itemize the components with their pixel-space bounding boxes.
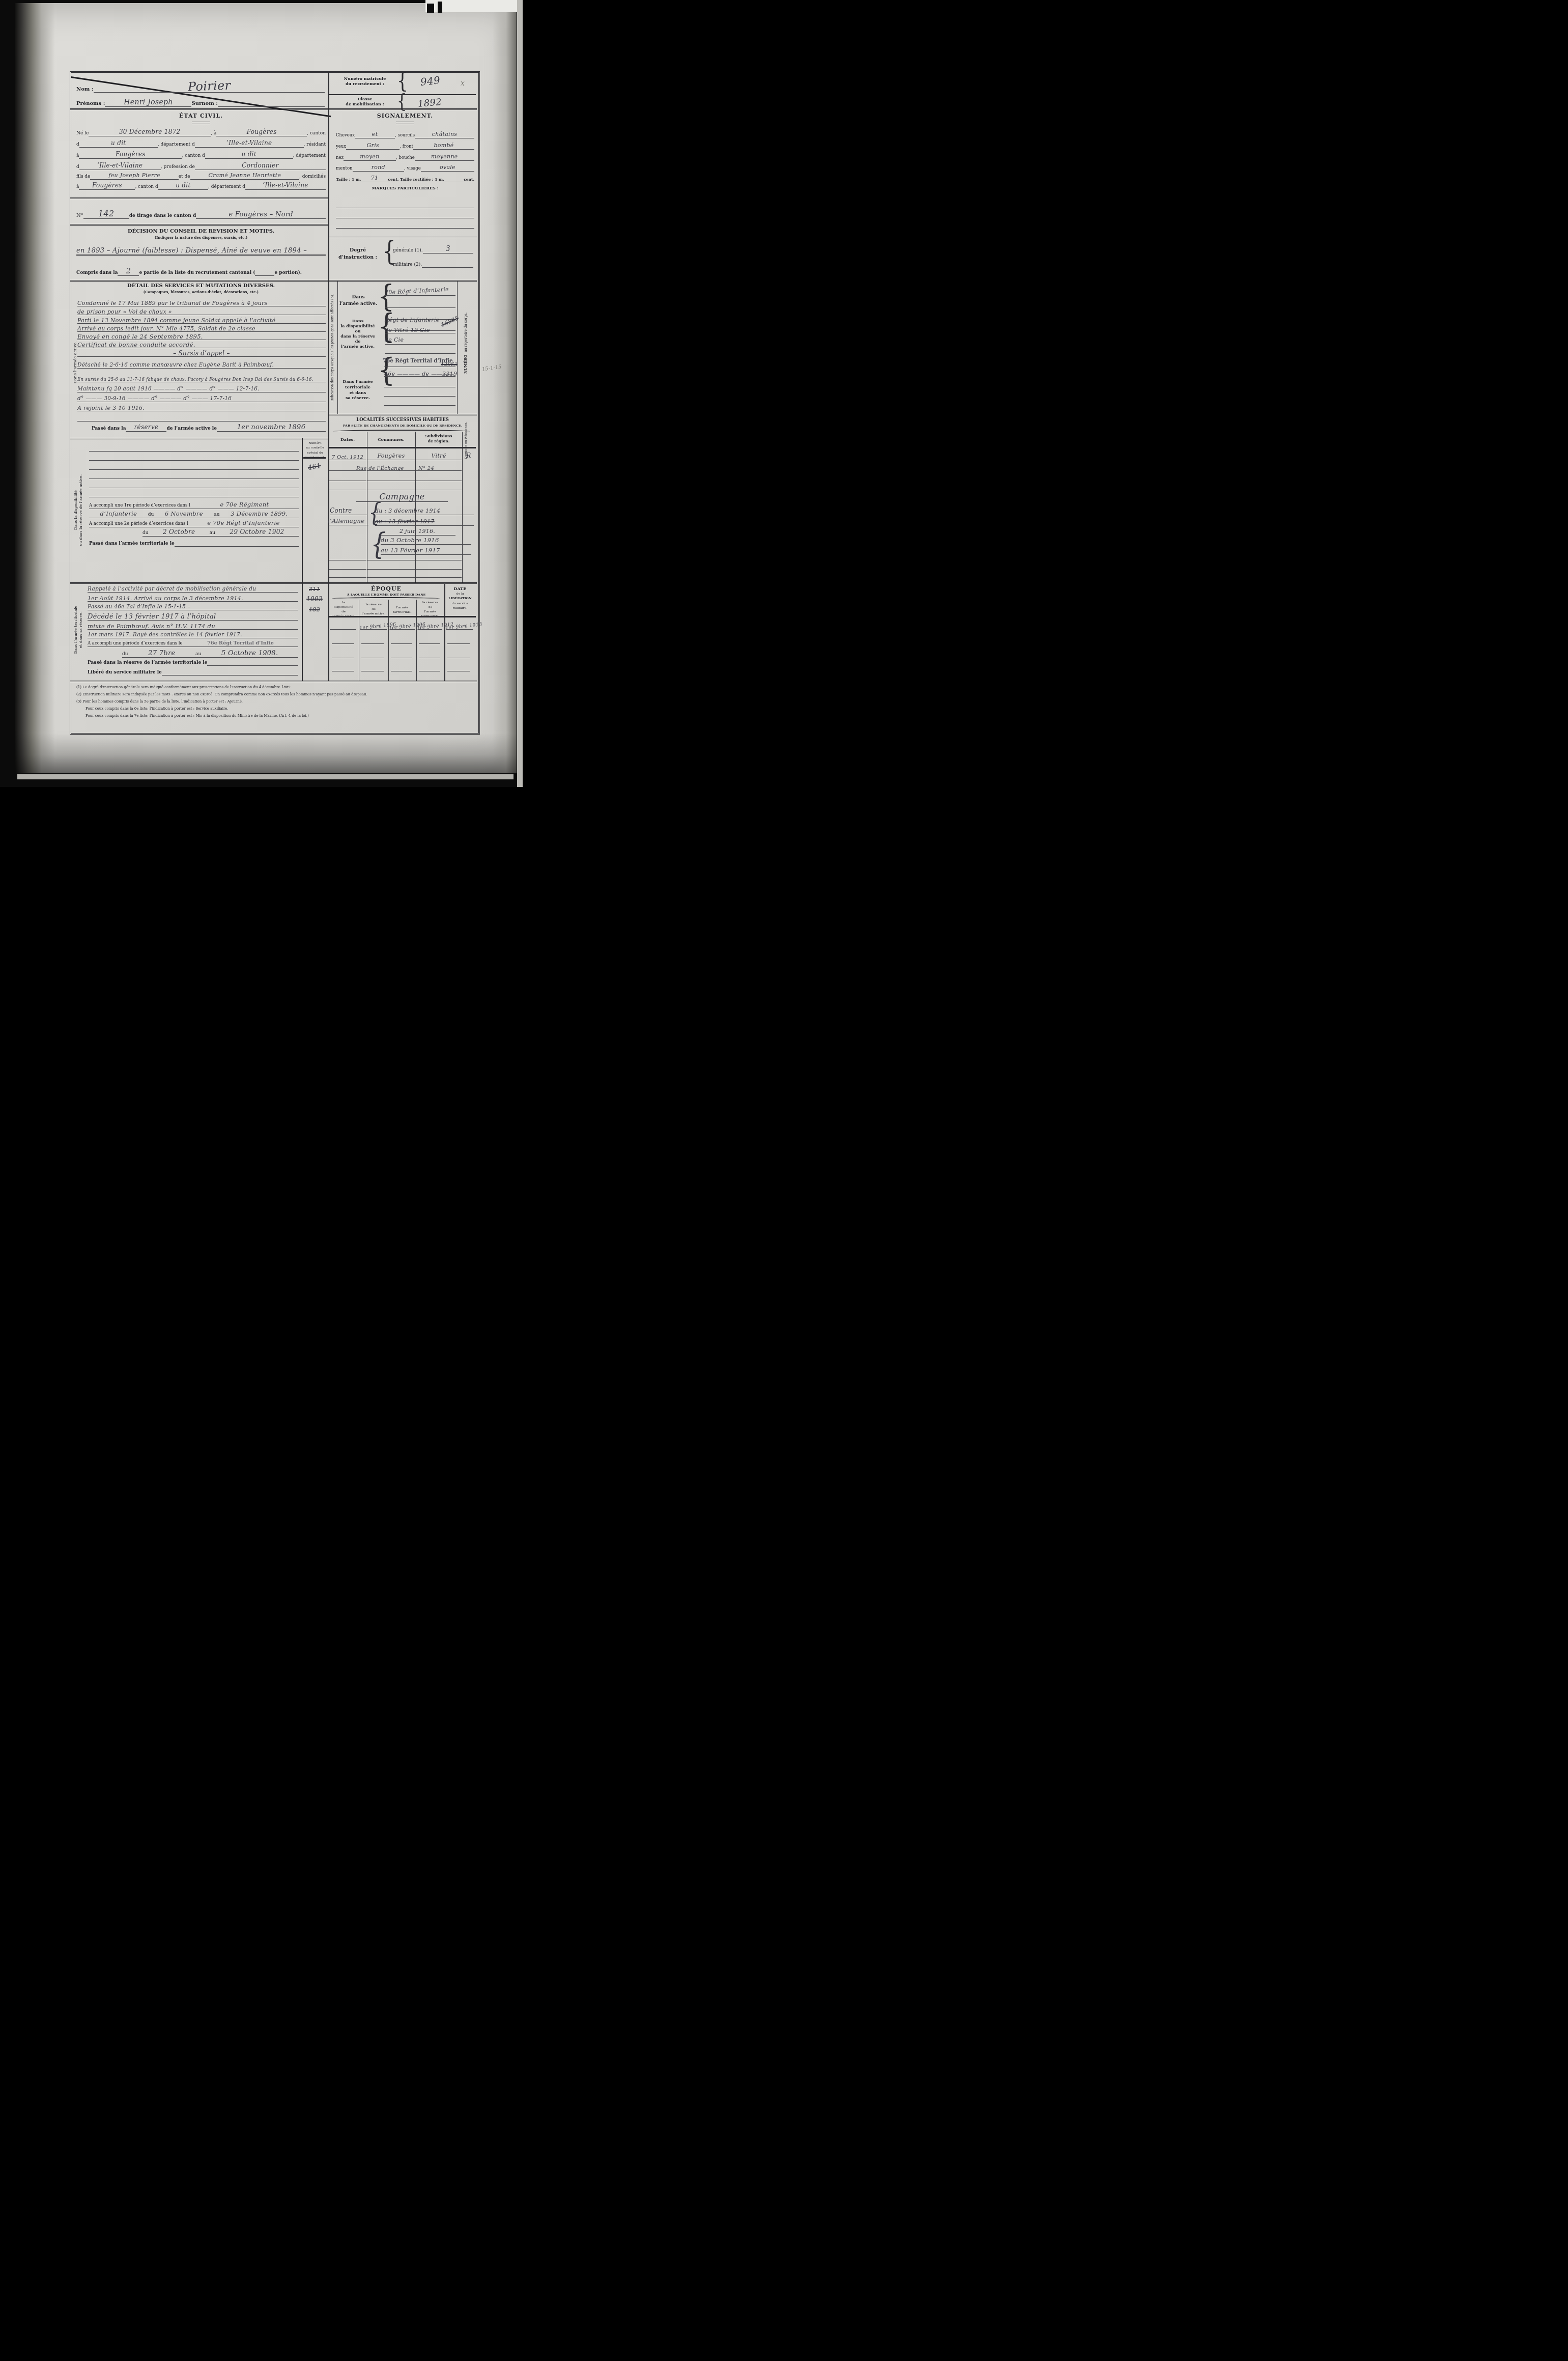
dispo-value-3: 6e Cie — [385, 334, 456, 344]
terr-line: mixte de Paimbœuf. Avis n° H.V. 1174 du — [88, 620, 298, 630]
sig-row-5: Taille : 1 m.71 cent. Taille rectifiée :… — [336, 172, 474, 182]
campagne-juin: 2 juin 1916. — [379, 525, 455, 536]
rule — [70, 198, 329, 199]
blank-line — [89, 488, 299, 488]
col-communes: Communes. — [367, 437, 415, 442]
rule — [367, 470, 415, 471]
terr-margin-n2: 1002 — [304, 594, 325, 603]
blank-line — [447, 658, 470, 658]
service-line: Condamné le 17 Mai 1889 par le tribunal … — [77, 297, 326, 306]
footnote-1: (1) Le degré d’instruction générale sera… — [76, 685, 471, 689]
loc-r1-dr: R — [463, 450, 475, 460]
tirage-row: N° 142 de tirage dans le canton d e Foug… — [76, 206, 326, 219]
blank-line — [336, 228, 474, 229]
services-side-label: Dans l’armée active. — [73, 286, 77, 439]
civil-row-1: Né le30 Décembre 1872 , àFougères , cant… — [76, 126, 326, 136]
blank-line — [385, 307, 455, 308]
footnote-3: (3) Pour les hommes compris dans la 5e p… — [76, 699, 471, 704]
rule — [385, 295, 455, 296]
terr-number: 3319 — [442, 368, 457, 378]
brace-icon: { — [397, 70, 408, 92]
rule — [329, 470, 366, 471]
matricule-label: Numéro matricule du recrutement : — [334, 76, 396, 87]
scan-artifact — [427, 4, 434, 13]
service-line: Parti le 13 Novembre 1894 comme jeune So… — [77, 315, 326, 324]
surnom-value-blank — [218, 106, 325, 107]
degre-militaire-row: militaire (2). — [393, 258, 473, 268]
rule — [328, 616, 476, 617]
civil-row-3: àFougères , canton du dit , département — [76, 148, 326, 159]
epoque-v4: 1er 9bre 1912 — [417, 620, 443, 630]
blank-line — [416, 569, 462, 570]
terr-libere-row: Libéré du service militaire le — [88, 668, 298, 676]
rule — [385, 333, 455, 333]
service-line: Détaché le 2-6-16 comme manœuvre chez Eu… — [77, 359, 326, 369]
decision-text-row: en 1893 – Ajourné (faiblesse) : Dispensé… — [76, 242, 326, 256]
blank-line — [329, 569, 366, 570]
blank-line — [361, 658, 384, 658]
blank-line — [332, 658, 354, 658]
ornament-rule — [332, 597, 440, 600]
epoque-v5: 1er 9bre 1918 — [445, 620, 475, 630]
terr-line: Rappelé à l’activité par décret de mobil… — [88, 583, 298, 593]
compris-row: Compris dans la 2 e partie de la liste d… — [76, 264, 326, 276]
divider — [302, 438, 303, 681]
degre-label: Degré d’instruction : — [333, 247, 382, 262]
blank-line — [391, 658, 412, 658]
blank-line — [89, 479, 299, 479]
rule — [390, 629, 415, 630]
blank-line — [89, 469, 299, 470]
blank-line — [332, 643, 354, 644]
services-subtitle: (Campagnes, blessures, actions d’éclat, … — [76, 290, 326, 294]
blank-line — [447, 671, 470, 671]
rule — [328, 447, 476, 448]
epoque-date-col-header: DATE de la LIBÉRATION du service militai… — [444, 585, 476, 610]
civil-row-5: fils defeu Joseph Pierre et deCramé Jean… — [76, 170, 326, 180]
service-line: d° ——— 30-9-16 ———— d° ———— d° ——— 17-7-… — [77, 393, 326, 402]
periode2-row2: du 2 Octobre au 29 Octobre 1902 — [142, 527, 299, 537]
rule — [328, 414, 477, 415]
service-line: Arrivé au corps ledit jour. N° Mle 4775,… — [77, 323, 326, 332]
blank-line — [367, 490, 415, 490]
sig-row-2: yeuxGris , frontbombé — [336, 139, 474, 150]
terr-line: Décédé le 13 février 1917 à l’hôpital — [88, 610, 298, 621]
loc-r1-subdivision: Vitré — [416, 450, 462, 460]
blank-line — [329, 481, 366, 481]
controle-value: 461 — [303, 461, 326, 471]
campagne-contre: Contre — [330, 505, 367, 515]
degre-generale-row: générale (1). 3 — [393, 243, 473, 254]
col-subdivisions: Subdivisions de région. — [415, 434, 462, 444]
rule — [70, 108, 477, 110]
armee-active-label: Dans l’armée active. — [339, 294, 378, 307]
campagne-allemagne: l’Allemagne — [328, 515, 368, 525]
blank-line — [419, 658, 440, 658]
divider — [444, 583, 445, 681]
marques-label: MARQUES PARTICULIÈRES : — [336, 185, 474, 190]
rule — [70, 681, 477, 682]
signalement-title: SIGNALEMENT. — [336, 113, 474, 119]
service-line: A rejoint le 3-10-1916. — [77, 402, 326, 411]
rule — [70, 224, 329, 226]
terr-crossed-number: 12863 — [441, 358, 458, 368]
civil-row-4: d’Ille-et-Vilaine , profession deCordonn… — [76, 159, 326, 170]
surnom-label: Surnom : — [191, 101, 217, 107]
rule — [416, 460, 462, 460]
classe-value: 1892 — [405, 98, 455, 108]
blank-line — [367, 481, 415, 481]
title-mark — [192, 122, 210, 124]
rule — [70, 280, 477, 282]
rule — [303, 457, 326, 459]
sig-row-1: Cheveuxet , sourcilschâtains — [336, 128, 474, 138]
terr-margin-n3: 182 — [304, 604, 325, 613]
rule — [330, 629, 356, 630]
blank-line — [391, 643, 412, 644]
divider — [457, 281, 458, 414]
blank-line — [385, 344, 455, 345]
rule — [418, 629, 442, 630]
scan-right-margin — [517, 0, 523, 787]
blank-line — [89, 460, 299, 461]
page-bottom-shadow — [15, 733, 517, 773]
service-line-sursis: – Sursis d’appel – — [77, 348, 326, 357]
decision-title: DÉCISION DU CONSEIL DE REVISION ET MOTIF… — [76, 229, 326, 234]
blank-line — [419, 643, 440, 644]
epoque-subtitle: À LAQUELLE L’HOMME DOIT PASSER DANS — [328, 593, 444, 597]
service-line: Envoyé en congé le 24 Septembre 1895. — [77, 331, 326, 340]
ornament-rule — [333, 430, 470, 433]
rule — [360, 629, 387, 630]
blank-line — [336, 208, 474, 208]
blank-line — [385, 353, 455, 354]
page-right-edge — [493, 3, 517, 773]
repertoire-label: NUMÉRO au répertoire du corps. — [460, 283, 469, 403]
services-title: DÉTAIL DES SERVICES ET MUTATIONS DIVERSE… — [76, 283, 326, 289]
prenoms-label: Prénoms : — [76, 101, 105, 107]
prenoms-value: Henri Joseph — [124, 98, 173, 106]
nom-label: Nom : — [76, 87, 94, 93]
etat-civil-title: ÉTAT CIVIL. — [76, 113, 326, 119]
col-dates: Dates. — [328, 437, 367, 442]
terr-line: 1er Août 1914. Arrivé au corps le 3 déce… — [88, 593, 298, 602]
rule — [446, 629, 473, 630]
blank-line — [416, 481, 462, 481]
blank-line — [384, 387, 455, 387]
rule — [367, 460, 415, 460]
epoque-title: ÉPOQUE — [328, 585, 444, 592]
terr-side-label: Dans l’armée territoriale et dans sa rés… — [73, 584, 83, 675]
blank-line — [391, 671, 412, 671]
firstname-row: Prénoms : Henri Joseph Surnom : — [76, 96, 325, 107]
footnote-2: (2) L’instruction militaire sera indiqué… — [76, 692, 471, 696]
nom-value: Poirier — [187, 80, 231, 93]
pencil-x-mark: x — [461, 79, 465, 88]
blank-line — [419, 671, 440, 671]
terr-periode-row: A accompli une période d’exercices dans … — [88, 638, 298, 647]
service-line: En sursis du 25-6 au 31-7-16 fabque de c… — [77, 372, 326, 382]
blank-line — [447, 643, 470, 644]
blank-line — [384, 396, 455, 397]
rule — [70, 438, 328, 439]
book-gutter-edge — [15, 3, 55, 773]
footnote-4: Pour ceux compris dans la 6e liste, l’in… — [85, 707, 471, 711]
matricule-value: 949 — [407, 76, 454, 87]
blank-line — [329, 560, 366, 560]
rule — [328, 237, 477, 238]
passe-reserve-row: Passé dans la réserve de l’armée active … — [92, 423, 326, 432]
civil-row-6: àFougères , canton du dit , département … — [76, 180, 326, 190]
scanned-register-page: Nom : Poirier Prénoms : Henri Joseph Sur… — [0, 0, 523, 787]
dispo-side-label: Dans la disponibilité ou dans la réserve… — [73, 440, 83, 580]
civil-row-2: du dit , département d’Ille-et-Vilaine ,… — [76, 137, 326, 148]
blank-line — [361, 643, 384, 644]
epoque-col2-header: la réservede l’armée active. — [359, 603, 388, 616]
terr-periode-dates: du 27 7bre au 5 Octobre 1908. — [122, 648, 298, 658]
sig-row-3: nezmoyen , bouchemoyenne — [336, 150, 474, 161]
epoque-col3-header: l’arméeterritoriale. — [389, 606, 416, 615]
blank-line — [329, 490, 366, 490]
campagne-au-struck: au : 13 février 1917 — [375, 516, 474, 526]
terr-margin-n1: 311 — [304, 583, 325, 593]
decision-subtitle: (Indiquer la nature des dispenses, sursi… — [76, 235, 326, 240]
blank-line — [336, 218, 474, 218]
blank-line — [361, 671, 384, 671]
blank-line — [416, 490, 462, 490]
blank-line — [332, 671, 354, 671]
classe-label: Classe de mobilisation : — [334, 96, 396, 107]
blank-line — [89, 451, 299, 452]
service-line: Certificat de bonne conduite accordé. — [77, 340, 326, 348]
loc-r1-commune: Fougères — [367, 450, 415, 460]
blank-line — [416, 560, 462, 560]
campagne-du: du : 3 décembre 1914 — [375, 505, 474, 515]
page-bottom-curl — [17, 774, 514, 779]
blank-line — [367, 577, 415, 578]
disponibilite-label: Dans la disponibilité ou dans la réserve… — [338, 318, 378, 349]
rule — [416, 470, 462, 471]
scan-artifact — [438, 2, 442, 13]
terr-passe-row: Passé dans la réserve de l’armée territo… — [88, 658, 298, 666]
terr-line: Passé au 46e Tal d’Infie le 15-1-15 – — [88, 602, 298, 610]
epoque-v3: 1er 9bre 1906 — [389, 620, 416, 630]
blank-line — [329, 577, 366, 578]
passe-territoriale-row: Passé dans l’armée territoriale le — [89, 539, 299, 547]
blank-line — [416, 577, 462, 578]
blank-line — [367, 569, 415, 570]
campagne-au2: au 13 Février 1917 — [381, 545, 471, 555]
name-row: Nom : Poirier — [76, 76, 325, 93]
sig-row-4: mentonrond , visageovale — [336, 161, 474, 172]
dispo-crossed-number: 15888 — [441, 316, 460, 325]
title-mark — [396, 122, 414, 124]
service-line: de prison pour « Vol de choux » — [77, 306, 326, 315]
blank-line — [384, 405, 455, 406]
rule — [329, 460, 366, 460]
localites-subtitle: PAR SUITE DE CHANGEMENTS DE DOMICILE OU … — [328, 424, 477, 428]
blank-line — [89, 497, 299, 497]
blank-line — [367, 560, 415, 560]
localites-title: LOCALITÉS SUCCESSIVES HABITÉES — [328, 417, 477, 423]
corps-side-label: Indication des corps auxquels les jeunes… — [331, 282, 335, 413]
service-line: Maintenu fq 20 août 1916 ———— d° ———— d°… — [77, 383, 326, 392]
territoriale-label: Dans l’armée territoriale et dans sa rés… — [338, 379, 378, 401]
armee-active-value: 70e Régt d’Infanterie — [385, 285, 456, 295]
campagne-du2: du 3 Octobre 1916 — [381, 535, 471, 545]
footnote-5: Pour ceux compris dans la 7e liste, l’in… — [85, 714, 471, 718]
epoque-v2: 1er 9bre 1896 — [359, 620, 388, 630]
